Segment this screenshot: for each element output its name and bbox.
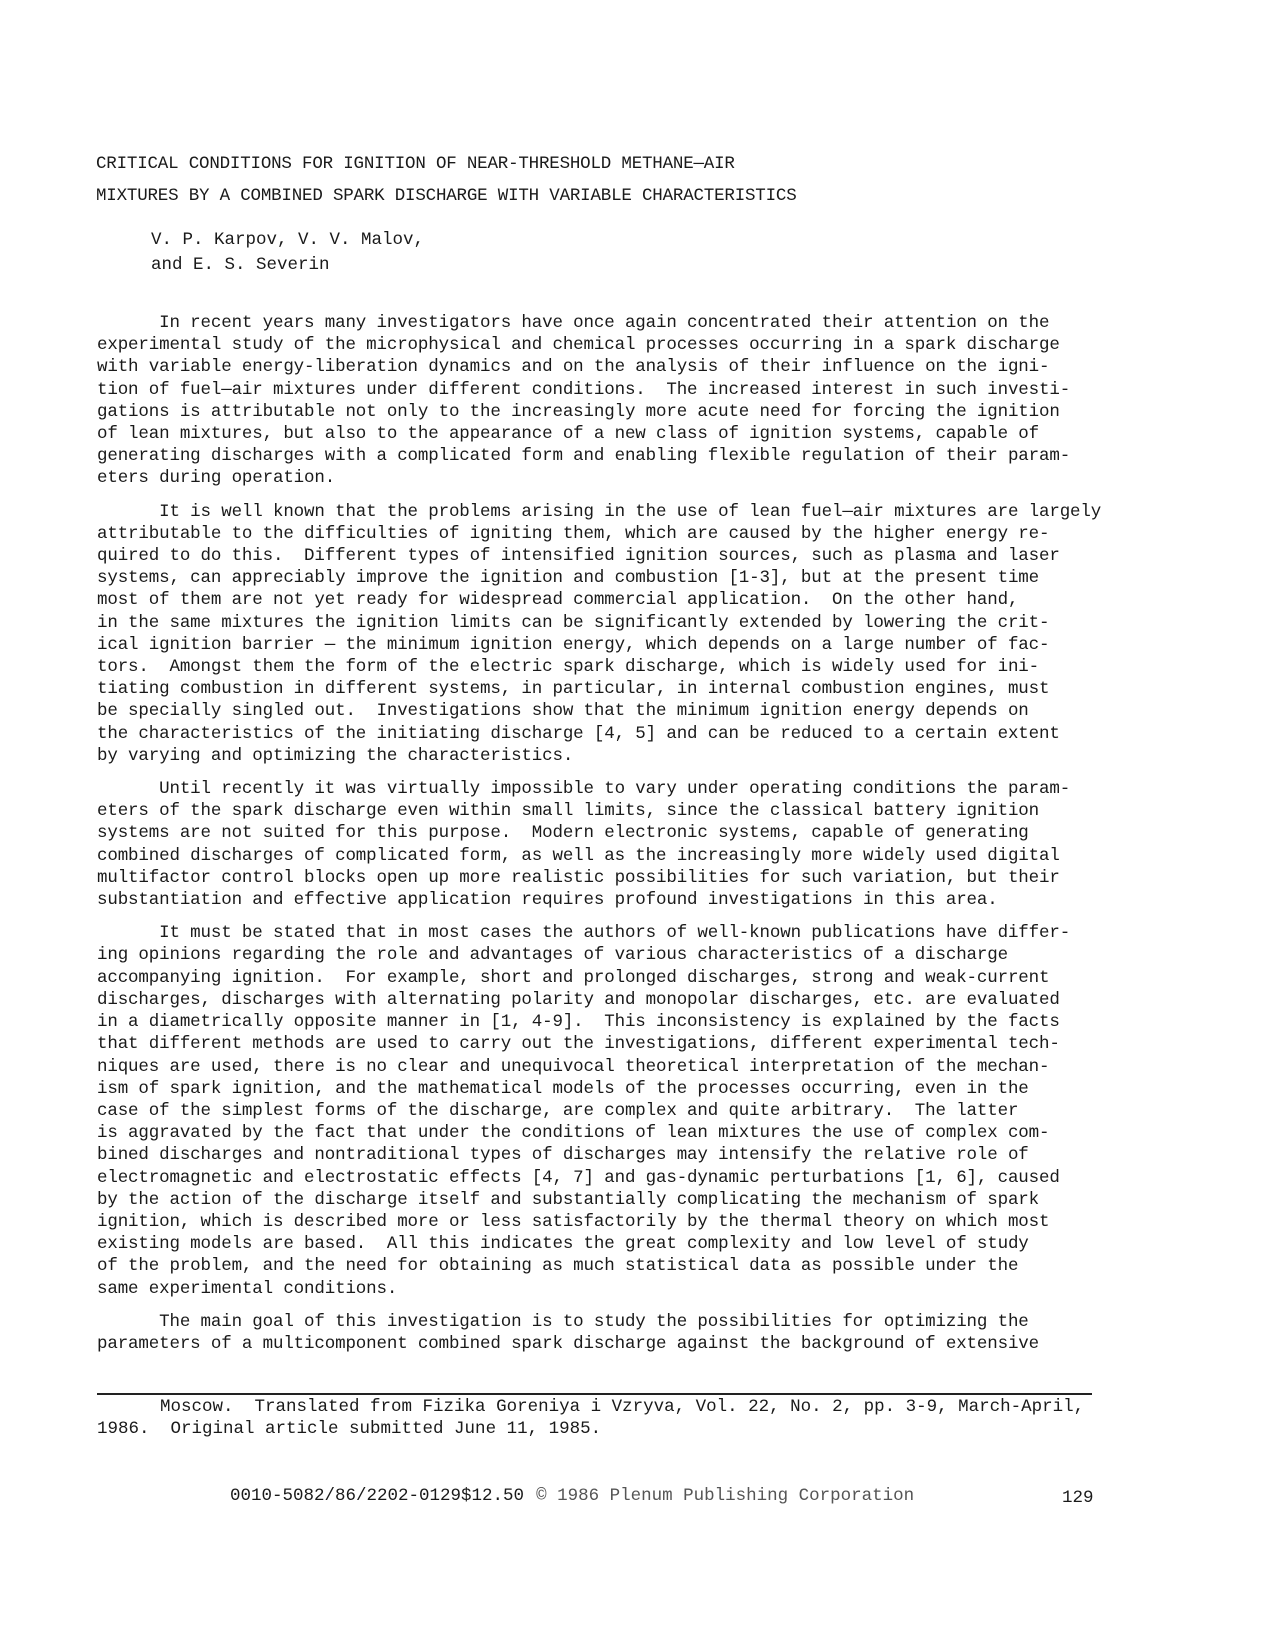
text-line: tiating combustion in different systems,… — [97, 678, 1121, 700]
text-line: with variable energy-liberation dynamics… — [97, 356, 1121, 378]
text-line: by varying and optimizing the characteri… — [97, 745, 1121, 767]
copyright-notice: © 1986 Plenum Publishing Corporation — [536, 1486, 914, 1506]
paragraph: Until recently it was virtually impossib… — [97, 778, 1121, 911]
footnote-line: Moscow. Translated from Fizika Goreniya … — [97, 1396, 1121, 1418]
page-number: 129 — [1062, 1488, 1094, 1508]
paragraph: In recent years many investigators have … — [97, 312, 1121, 490]
paragraph: The main goal of this investigation is t… — [97, 1311, 1121, 1355]
paragraph: It is well known that the problems arisi… — [97, 501, 1121, 767]
author-list: V. P. Karpov, V. V. Malov, and E. S. Sev… — [151, 228, 424, 278]
text-line: The main goal of this investigation is t… — [97, 1311, 1121, 1333]
text-line: of lean mixtures, but also to the appear… — [97, 423, 1121, 445]
text-line: experimental study of the microphysical … — [97, 334, 1121, 356]
text-line: in the same mixtures the ignition limits… — [97, 612, 1121, 634]
footnote: Moscow. Translated from Fizika Goreniya … — [97, 1396, 1121, 1440]
text-line: quired to do this. Different types of in… — [97, 545, 1121, 567]
paper-title: CRITICAL CONDITIONS FOR IGNITION OF NEAR… — [96, 148, 1096, 212]
text-line: Until recently it was virtually impossib… — [97, 778, 1121, 800]
text-line: ism of spark ignition, and the mathemati… — [97, 1078, 1121, 1100]
text-line: attributable to the difficulties of igni… — [97, 523, 1121, 545]
text-line: niques are used, there is no clear and u… — [97, 1056, 1121, 1078]
text-line: tors. Amongst them the form of the elect… — [97, 656, 1121, 678]
text-line: It is well known that the problems arisi… — [97, 501, 1121, 523]
text-line: eters during operation. — [97, 467, 1121, 489]
text-line: In recent years many investigators have … — [97, 312, 1121, 334]
text-line: most of them are not yet ready for wides… — [97, 589, 1121, 611]
text-line: generating discharges with a complicated… — [97, 445, 1121, 467]
text-line: existing models are based. All this indi… — [97, 1233, 1121, 1255]
author-line: and E. S. Severin — [151, 253, 424, 278]
text-line: systems are not suited for this purpose.… — [97, 822, 1121, 844]
text-line: eters of the spark discharge even within… — [97, 800, 1121, 822]
text-line: ing opinions regarding the role and adva… — [97, 944, 1121, 966]
text-line: systems, can appreciably improve the ign… — [97, 567, 1121, 589]
title-line: MIXTURES BY A COMBINED SPARK DISCHARGE W… — [96, 180, 1096, 212]
text-line: gations is attributable not only to the … — [97, 401, 1121, 423]
text-line: electromagnetic and electrostatic effect… — [97, 1167, 1121, 1189]
text-line: discharges, discharges with alternating … — [97, 989, 1121, 1011]
text-line: be specially singled out. Investigations… — [97, 700, 1121, 722]
author-line: V. P. Karpov, V. V. Malov, — [151, 228, 424, 253]
text-line: multifactor control blocks open up more … — [97, 867, 1121, 889]
text-line: combined discharges of complicated form,… — [97, 845, 1121, 867]
footnote-divider — [97, 1393, 1092, 1395]
article-code: 0010-5082/86/2202-0129$12.50 — [230, 1486, 524, 1506]
footnote-line: 1986. Original article submitted June 11… — [97, 1418, 1121, 1440]
text-line: by the action of the discharge itself an… — [97, 1189, 1121, 1211]
text-line: case of the simplest forms of the discha… — [97, 1100, 1121, 1122]
text-line: of the problem, and the need for obtaini… — [97, 1255, 1121, 1277]
text-line: bined discharges and nontraditional type… — [97, 1144, 1121, 1166]
text-line: substantiation and effective application… — [97, 889, 1121, 911]
text-line: ical ignition barrier — the minimum igni… — [97, 634, 1121, 656]
text-line: accompanying ignition. For example, shor… — [97, 967, 1121, 989]
text-line: parameters of a multicomponent combined … — [97, 1333, 1121, 1355]
text-line: is aggravated by the fact that under the… — [97, 1122, 1121, 1144]
text-line: the characteristics of the initiating di… — [97, 723, 1121, 745]
text-line: It must be stated that in most cases the… — [97, 922, 1121, 944]
paper-page: CRITICAL CONDITIONS FOR IGNITION OF NEAR… — [0, 0, 1275, 1651]
text-line: in a diametrically opposite manner in [1… — [97, 1011, 1121, 1033]
page-footer: 0010-5082/86/2202-0129$12.50© 1986 Plenu… — [230, 1486, 914, 1506]
body-text: In recent years many investigators have … — [97, 312, 1121, 1366]
text-line: same experimental conditions. — [97, 1278, 1121, 1300]
text-line: tion of fuel—air mixtures under differen… — [97, 379, 1121, 401]
title-line: CRITICAL CONDITIONS FOR IGNITION OF NEAR… — [96, 148, 1096, 180]
text-line: that different methods are used to carry… — [97, 1033, 1121, 1055]
text-line: ignition, which is described more or les… — [97, 1211, 1121, 1233]
paragraph: It must be stated that in most cases the… — [97, 922, 1121, 1299]
